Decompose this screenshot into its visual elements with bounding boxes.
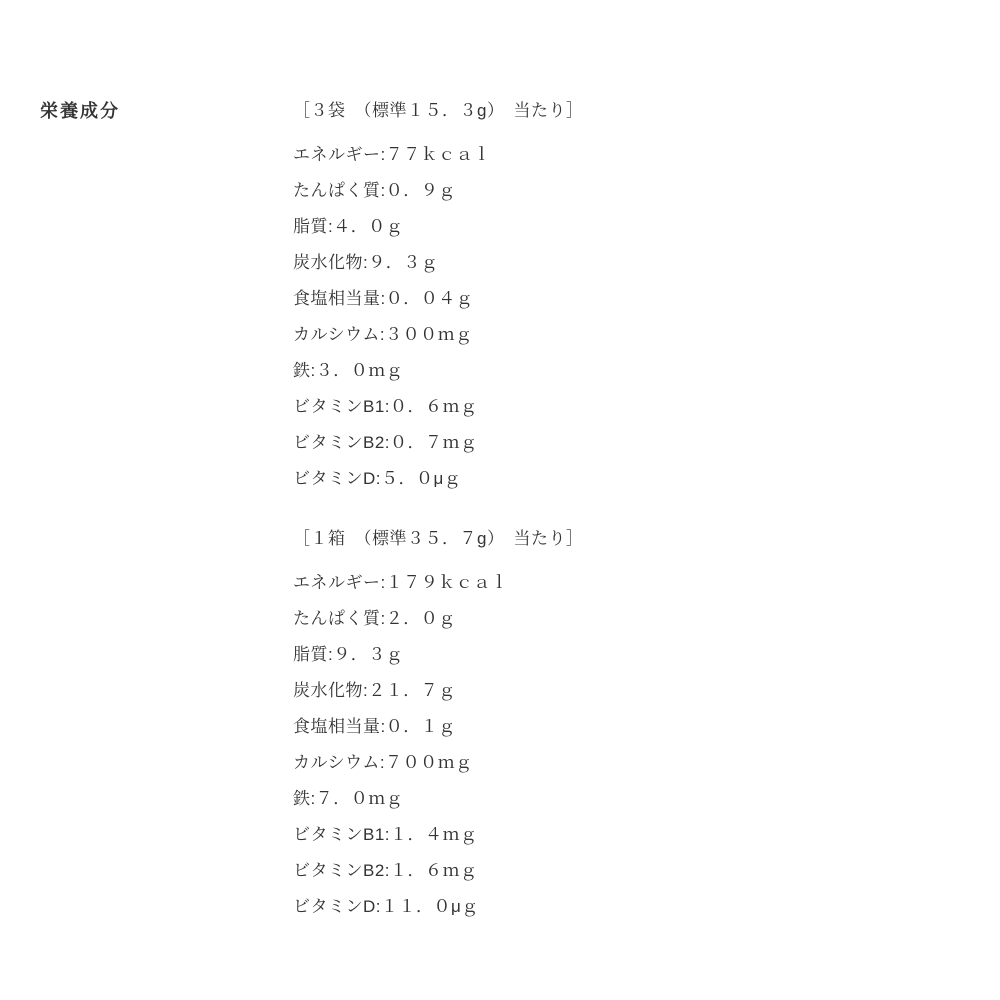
nutrient-label: ビタミンB1 bbox=[293, 825, 385, 844]
serving-header: ［３袋 （標準１５．３g） 当たり］ bbox=[293, 93, 583, 129]
nutrient-value: １．４ｍｇ bbox=[390, 825, 478, 844]
nutrient-line: 炭水化物:２１．７ｇ bbox=[293, 673, 583, 709]
serving-header: ［１箱 （標準３５．７g） 当たり］ bbox=[293, 521, 583, 557]
nutrient-label: ビタミンB1 bbox=[293, 397, 385, 416]
nutrient-value: ０．１ｇ bbox=[386, 717, 456, 736]
nutrient-label: カルシウム bbox=[293, 753, 380, 772]
nutrient-value: ７７ｋｃａｌ bbox=[386, 145, 491, 164]
nutrient-line: エネルギー:１７９ｋｃａｌ bbox=[293, 565, 583, 601]
nutrient-value: ５．０μｇ bbox=[381, 469, 461, 488]
nutrient-line: 炭水化物:９．３ｇ bbox=[293, 245, 583, 281]
nutrient-label: ビタミンB2 bbox=[293, 861, 385, 880]
nutrient-line: ビタミンB2:１．６ｍｇ bbox=[293, 853, 583, 889]
nutrient-line: ビタミンB2:０．７ｍｇ bbox=[293, 425, 583, 461]
nutrient-value: ２．０ｇ bbox=[386, 609, 456, 628]
nutrient-value: ９．３ｇ bbox=[368, 253, 438, 272]
nutrient-label: 炭水化物 bbox=[293, 681, 363, 700]
nutrient-label: 脂質 bbox=[293, 217, 328, 236]
nutrient-line: エネルギー:７７ｋｃａｌ bbox=[293, 137, 583, 173]
nutrient-label: 食塩相当量 bbox=[293, 289, 381, 308]
nutrient-line: ビタミンB1:０．６ｍｇ bbox=[293, 389, 583, 425]
nutrient-line: 食塩相当量:０．０４ｇ bbox=[293, 281, 583, 317]
nutrient-line: ビタミンD:１１．０μｇ bbox=[293, 889, 583, 925]
nutrient-line: 脂質:４．０ｇ bbox=[293, 209, 583, 245]
nutrient-label: エネルギー bbox=[293, 573, 381, 592]
nutrient-value: ０．９ｇ bbox=[386, 181, 456, 200]
nutrient-value: ４．０ｇ bbox=[333, 217, 403, 236]
nutrient-label: 鉄 bbox=[293, 789, 311, 808]
nutrient-label: 脂質 bbox=[293, 645, 328, 664]
nutrient-value: ７．０ｍｇ bbox=[316, 789, 404, 808]
nutrient-line: 鉄:３．０ｍｇ bbox=[293, 353, 583, 389]
nutrient-value: ０．６ｍｇ bbox=[390, 397, 478, 416]
nutrition-facts-document: 栄養成分 ［３袋 （標準１５．３g） 当たり］エネルギー:７７ｋｃａｌたんぱく質… bbox=[0, 0, 1000, 1000]
nutrient-value: ７００ｍｇ bbox=[385, 753, 473, 772]
nutrient-value: １．６ｍｇ bbox=[390, 861, 478, 880]
nutrient-value: ９．３ｇ bbox=[333, 645, 403, 664]
nutrient-value: １１．０μｇ bbox=[381, 897, 479, 916]
nutrient-label: 鉄 bbox=[293, 361, 311, 380]
nutrient-label: 炭水化物 bbox=[293, 253, 363, 272]
nutrient-line: たんぱく質:２．０ｇ bbox=[293, 601, 583, 637]
nutrient-line: カルシウム:３００ｍｇ bbox=[293, 317, 583, 353]
nutrient-label: たんぱく質 bbox=[293, 181, 381, 200]
nutrient-label: たんぱく質 bbox=[293, 609, 381, 628]
nutrient-line: たんぱく質:０．９ｇ bbox=[293, 173, 583, 209]
nutrition-blocks: ［３袋 （標準１５．３g） 当たり］エネルギー:７７ｋｃａｌたんぱく質:０．９ｇ… bbox=[293, 93, 583, 925]
nutrient-line: 脂質:９．３ｇ bbox=[293, 637, 583, 673]
nutrition-block: ［１箱 （標準３５．７g） 当たり］エネルギー:１７９ｋｃａｌたんぱく質:２．０… bbox=[293, 521, 583, 925]
nutrient-line: 鉄:７．０ｍｇ bbox=[293, 781, 583, 817]
nutrient-label: ビタミンB2 bbox=[293, 433, 385, 452]
nutrient-value: １７９ｋｃａｌ bbox=[386, 573, 509, 592]
nutrient-line: ビタミンD:５．０μｇ bbox=[293, 461, 583, 497]
nutrient-value: ０．７ｍｇ bbox=[390, 433, 478, 452]
section-title: 栄養成分 bbox=[40, 93, 120, 129]
nutrient-value: ０．０４ｇ bbox=[386, 289, 474, 308]
nutrient-label: 食塩相当量 bbox=[293, 717, 381, 736]
nutrient-label: カルシウム bbox=[293, 325, 380, 344]
nutrient-line: 食塩相当量:０．１ｇ bbox=[293, 709, 583, 745]
nutrient-value: ２１．７ｇ bbox=[368, 681, 456, 700]
nutrient-line: ビタミンB1:１．４ｍｇ bbox=[293, 817, 583, 853]
nutrient-line: カルシウム:７００ｍｇ bbox=[293, 745, 583, 781]
nutrient-value: ３．０ｍｇ bbox=[316, 361, 404, 380]
nutrient-label: ビタミンD bbox=[293, 897, 376, 916]
nutrient-value: ３００ｍｇ bbox=[385, 325, 473, 344]
nutrient-label: エネルギー bbox=[293, 145, 381, 164]
nutrient-label: ビタミンD bbox=[293, 469, 376, 488]
nutrition-block: ［３袋 （標準１５．３g） 当たり］エネルギー:７７ｋｃａｌたんぱく質:０．９ｇ… bbox=[293, 93, 583, 497]
